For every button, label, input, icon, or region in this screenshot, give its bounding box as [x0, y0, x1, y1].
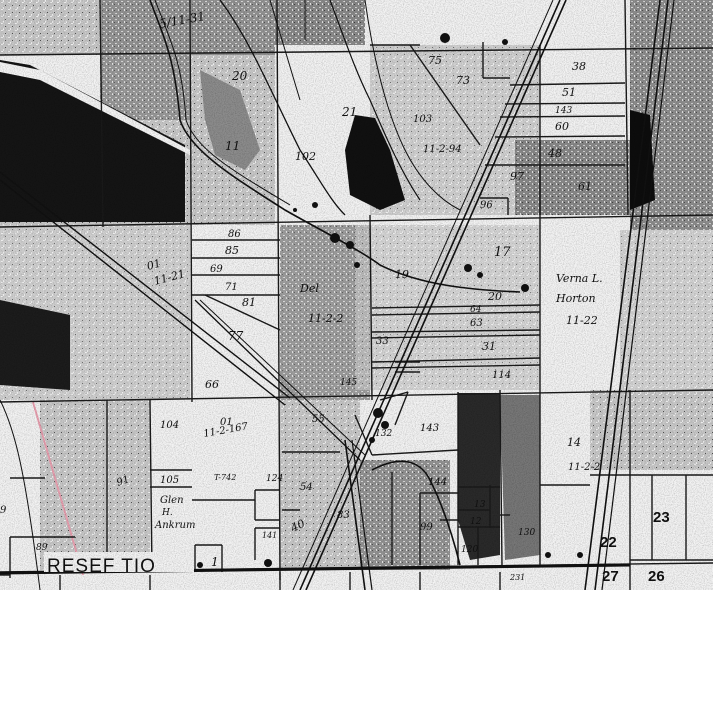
scan-noise [0, 0, 713, 590]
plat-map: 5/11-31 20 11 21 102 9 75 73 103 11-2-94… [0, 0, 713, 590]
blank-page-margin [0, 590, 713, 720]
